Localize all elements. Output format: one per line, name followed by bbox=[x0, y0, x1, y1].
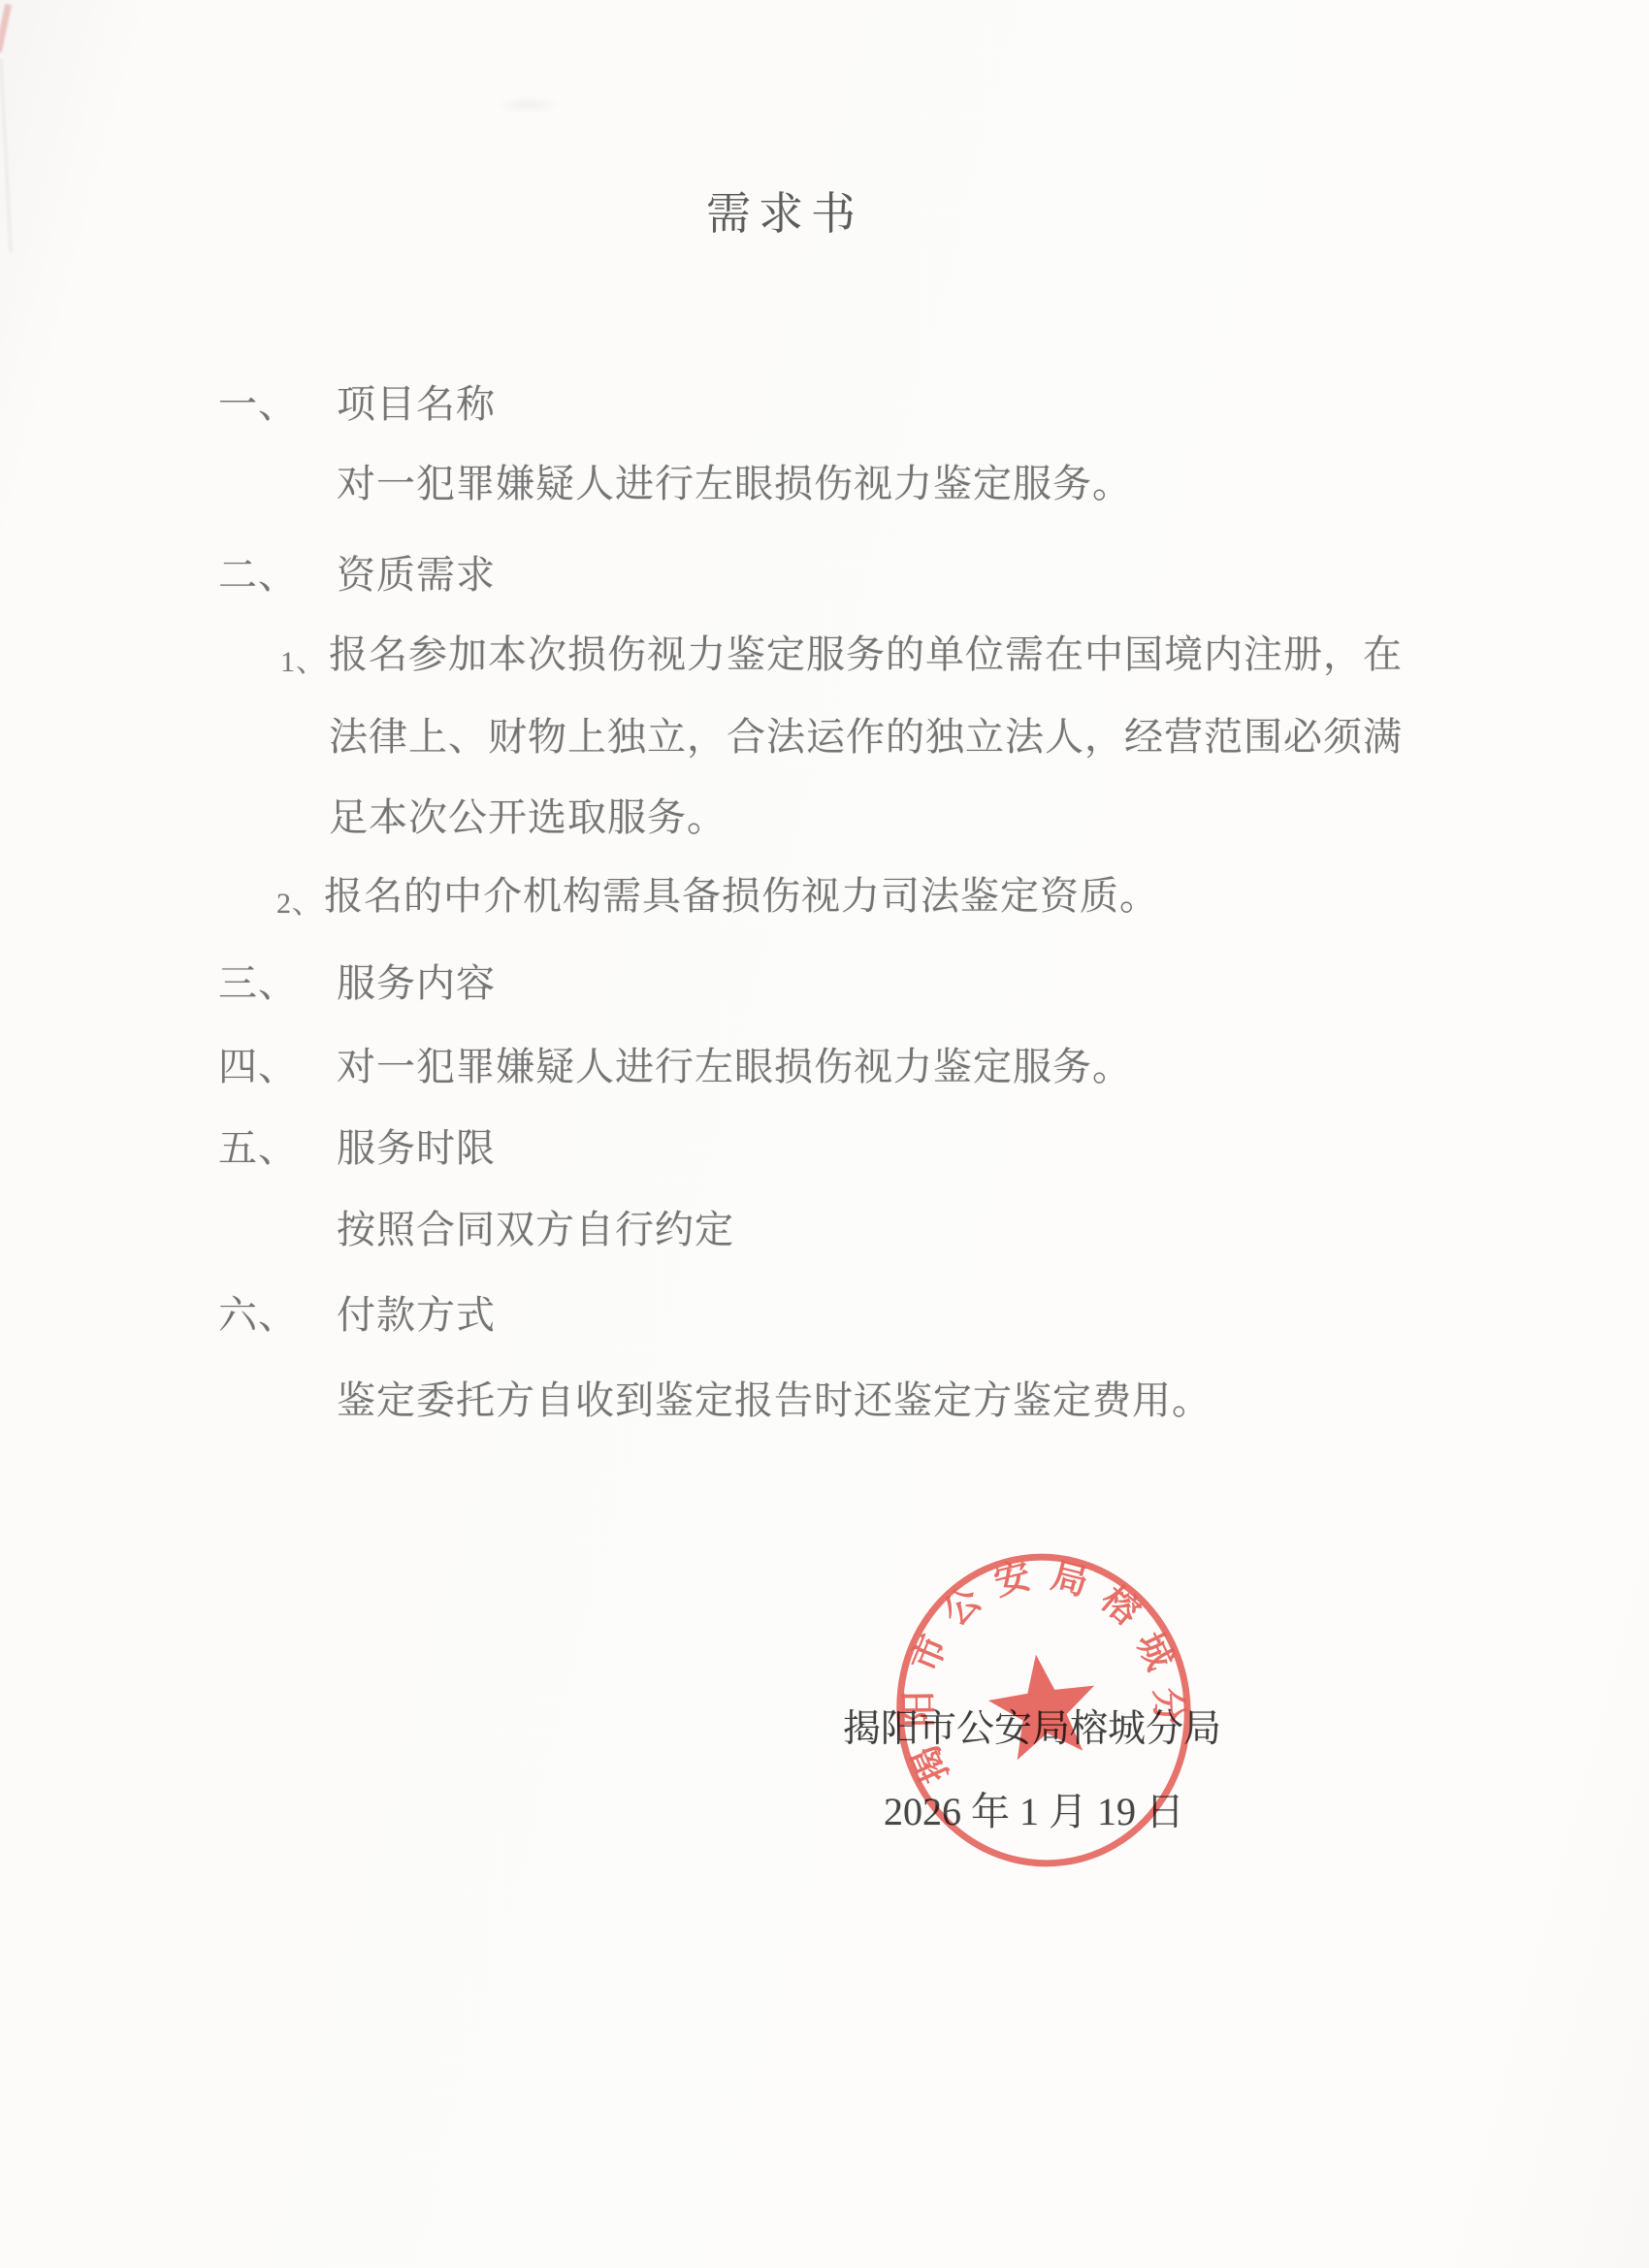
scan-artifact-edge-streak bbox=[0, 58, 13, 252]
body-line: 对一犯罪嫌疑人进行左眼损伤视力鉴定服务。 bbox=[337, 465, 1132, 503]
body-line: 按照合同双方自行约定 bbox=[337, 1211, 734, 1249]
section-marker: 六、 bbox=[218, 1296, 298, 1335]
item-line: 报名参加本次损伤视力鉴定服务的单位需在中国境内注册，在 bbox=[329, 635, 1403, 674]
section-marker: 二、 bbox=[218, 556, 298, 595]
item-line: 法律上、财物上独立，合法运作的独立法人，经营范围必须满 bbox=[329, 718, 1403, 757]
body-line: 鉴定委托方自收到鉴定报告时还鉴定方鉴定费用。 bbox=[337, 1381, 1212, 1420]
stamp-ring-text: 揭阳市公安局榕城分局 bbox=[863, 1522, 1197, 1795]
document-title: 需求书 bbox=[706, 192, 863, 237]
section-marker: 四、 bbox=[218, 1048, 298, 1086]
item-number: 2、 bbox=[276, 890, 322, 919]
section-marker: 五、 bbox=[218, 1129, 298, 1168]
official-stamp: 揭阳市公安局榕城分局 bbox=[863, 1522, 1225, 1898]
section-heading: 服务时限 bbox=[337, 1129, 496, 1168]
section-heading: 对一犯罪嫌疑人进行左眼损伤视力鉴定服务。 bbox=[337, 1048, 1132, 1086]
scan-artifact-smudge bbox=[495, 95, 563, 114]
scanned-document-page: 需求书 一、 项目名称 对一犯罪嫌疑人进行左眼损伤视力鉴定服务。 二、 资质需求… bbox=[0, 0, 1649, 2268]
section-marker: 一、 bbox=[218, 385, 298, 424]
section-heading: 资质需求 bbox=[337, 556, 496, 595]
item-line: 报名的中介机构需具备损伤视力司法鉴定资质。 bbox=[324, 877, 1159, 916]
section-heading: 服务内容 bbox=[337, 964, 496, 1003]
scan-artifact-red-corner bbox=[0, 4, 12, 52]
section-marker: 三、 bbox=[218, 964, 298, 1003]
section-heading: 付款方式 bbox=[337, 1296, 496, 1335]
item-number: 1、 bbox=[280, 648, 326, 677]
item-line: 足本次公开选取服务。 bbox=[329, 798, 727, 837]
star-icon bbox=[983, 1647, 1103, 1763]
section-heading: 项目名称 bbox=[337, 385, 496, 424]
